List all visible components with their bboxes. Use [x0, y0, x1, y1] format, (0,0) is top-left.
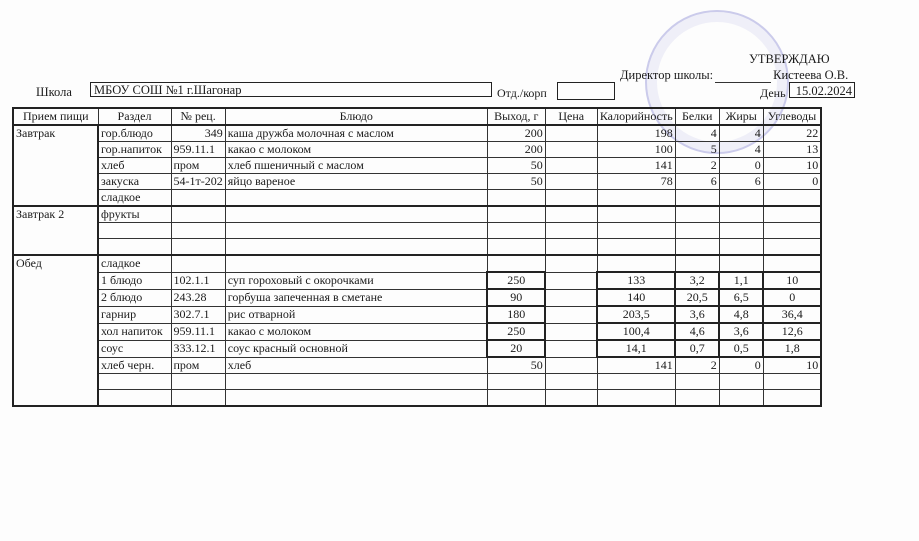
cell-fat: 3,6 — [719, 323, 763, 340]
table-row: сладкое — [13, 190, 821, 207]
cell-carbs: 36,4 — [763, 306, 821, 323]
cell-fat: 1,1 — [719, 272, 763, 289]
cell-dish — [225, 239, 487, 256]
cell-carbs — [763, 206, 821, 223]
cell-fat — [719, 223, 763, 239]
table-row: закуска54-1т-202яйцо вареное5078660 — [13, 174, 821, 190]
column-header: Блюдо — [225, 108, 487, 125]
cell-dish: рис отварной — [225, 306, 487, 323]
cell-fat: 6,5 — [719, 289, 763, 306]
director-name: Кистеева О.В. — [773, 68, 848, 82]
cell-kcal — [597, 239, 675, 256]
cell-recipe: 333.12.1 — [171, 340, 225, 357]
cell-carbs: 10 — [763, 357, 821, 374]
cell-fat: 0 — [719, 158, 763, 174]
cell-weight: 250 — [487, 323, 545, 340]
dept-label: Отд./корп — [497, 86, 547, 101]
cell-dish: суп гороховый с окорочками — [225, 272, 487, 289]
cell-dish: какао с молоком — [225, 323, 487, 340]
table-row: Обедсладкое — [13, 255, 821, 272]
cell-fat: 4 — [719, 142, 763, 158]
date-field: 15.02.2024 — [789, 82, 855, 98]
cell-carbs: 10 — [763, 158, 821, 174]
cell-weight — [487, 223, 545, 239]
table-row: хлеб черн.промхлеб501412010 — [13, 357, 821, 374]
cell-price — [545, 306, 597, 323]
cell-carbs — [763, 239, 821, 256]
cell-recipe — [171, 190, 225, 207]
cell-price — [545, 374, 597, 390]
cell-dish: хлеб — [225, 357, 487, 374]
cell-weight: 50 — [487, 357, 545, 374]
cell-recipe: пром — [171, 158, 225, 174]
cell-price — [545, 272, 597, 289]
cell-kcal: 141 — [597, 357, 675, 374]
cell-protein — [675, 206, 719, 223]
cell-weight: 180 — [487, 306, 545, 323]
director-label: Директор школы: — [620, 68, 713, 82]
cell-weight: 20 — [487, 340, 545, 357]
cell-recipe: 54-1т-202 — [171, 174, 225, 190]
cell-section — [98, 239, 171, 256]
cell-protein: 5 — [675, 142, 719, 158]
cell-dish: соус красный основной — [225, 340, 487, 357]
cell-section: гарнир — [98, 306, 171, 323]
column-header: Калорийность — [597, 108, 675, 125]
cell-kcal: 140 — [597, 289, 675, 306]
cell-recipe — [171, 239, 225, 256]
school-name-field: МБОУ СОШ №1 г.Шагонар — [90, 82, 492, 97]
dept-field — [557, 82, 615, 100]
table-header-row: Прием пищи Раздел № рец. Блюдо Выход, г … — [13, 108, 821, 125]
day-label: День — [760, 86, 786, 101]
cell-kcal — [597, 390, 675, 407]
cell-dish: какао с молоком — [225, 142, 487, 158]
cell-dish — [225, 374, 487, 390]
cell-weight: 50 — [487, 158, 545, 174]
cell-kcal — [597, 223, 675, 239]
column-header: Жиры — [719, 108, 763, 125]
table-row — [13, 374, 821, 390]
cell-price — [545, 223, 597, 239]
cell-fat — [719, 390, 763, 407]
meal-name: Обед — [13, 255, 98, 406]
table-row: гарнир302.7.1рис отварной180203,53,64,83… — [13, 306, 821, 323]
table-row: Завтрак 2фрукты — [13, 206, 821, 223]
cell-fat — [719, 255, 763, 272]
meal-name: Завтрак 2 — [13, 206, 98, 255]
cell-protein: 4,6 — [675, 323, 719, 340]
cell-kcal: 198 — [597, 125, 675, 142]
cell-kcal: 141 — [597, 158, 675, 174]
table-row: хол напиток959.11.1какао с молоком250100… — [13, 323, 821, 340]
meal-name: Завтрак — [13, 125, 98, 206]
cell-fat: 0 — [719, 357, 763, 374]
cell-dish: каша дружба молочная с маслом — [225, 125, 487, 142]
cell-fat: 4 — [719, 125, 763, 142]
cell-price — [545, 289, 597, 306]
cell-protein — [675, 374, 719, 390]
column-header: Прием пищи — [13, 108, 98, 125]
cell-price — [545, 323, 597, 340]
cell-weight: 250 — [487, 272, 545, 289]
cell-fat — [719, 190, 763, 207]
table-row — [13, 390, 821, 407]
cell-section: закуска — [98, 174, 171, 190]
cell-recipe: 959.11.1 — [171, 323, 225, 340]
cell-recipe — [171, 390, 225, 407]
cell-weight: 50 — [487, 174, 545, 190]
cell-section: 1 блюдо — [98, 272, 171, 289]
cell-price — [545, 357, 597, 374]
cell-section: сладкое — [98, 190, 171, 207]
cell-price — [545, 125, 597, 142]
cell-protein: 4 — [675, 125, 719, 142]
cell-dish — [225, 390, 487, 407]
cell-section — [98, 390, 171, 407]
cell-recipe: 102.1.1 — [171, 272, 225, 289]
cell-section — [98, 374, 171, 390]
cell-section: 2 блюдо — [98, 289, 171, 306]
cell-weight — [487, 190, 545, 207]
column-header: № рец. — [171, 108, 225, 125]
cell-price — [545, 190, 597, 207]
cell-carbs — [763, 223, 821, 239]
cell-fat: 4,8 — [719, 306, 763, 323]
director-line: Директор школы:Кистеева О.В. — [620, 68, 848, 83]
cell-price — [545, 239, 597, 256]
school-label: Школа — [36, 85, 72, 100]
cell-protein — [675, 255, 719, 272]
cell-kcal — [597, 190, 675, 207]
cell-kcal — [597, 374, 675, 390]
cell-recipe: 243.28 — [171, 289, 225, 306]
table-row — [13, 223, 821, 239]
column-header: Раздел — [98, 108, 171, 125]
cell-carbs: 22 — [763, 125, 821, 142]
cell-recipe: 959.11.1 — [171, 142, 225, 158]
cell-carbs: 0 — [763, 174, 821, 190]
cell-kcal: 100 — [597, 142, 675, 158]
cell-protein: 6 — [675, 174, 719, 190]
cell-recipe — [171, 374, 225, 390]
table-row: Завтракгор.блюдо349каша дружба молочная … — [13, 125, 821, 142]
cell-carbs: 12,6 — [763, 323, 821, 340]
cell-weight — [487, 390, 545, 407]
cell-weight — [487, 374, 545, 390]
column-header: Выход, г — [487, 108, 545, 125]
cell-carbs — [763, 374, 821, 390]
cell-section — [98, 223, 171, 239]
table-row: хлебпромхлеб пшеничный с маслом501412010 — [13, 158, 821, 174]
cell-carbs — [763, 190, 821, 207]
cell-section: гор.напиток — [98, 142, 171, 158]
cell-kcal — [597, 255, 675, 272]
cell-weight — [487, 239, 545, 256]
table-row — [13, 239, 821, 256]
cell-carbs — [763, 390, 821, 407]
cell-weight: 200 — [487, 125, 545, 142]
approve-label: УТВЕРЖДАЮ — [749, 52, 830, 67]
cell-section: фрукты — [98, 206, 171, 223]
cell-price — [545, 206, 597, 223]
cell-section: сладкое — [98, 255, 171, 272]
cell-fat — [719, 239, 763, 256]
cell-fat: 6 — [719, 174, 763, 190]
cell-protein — [675, 223, 719, 239]
menu-body: Завтракгор.блюдо349каша дружба молочная … — [13, 125, 821, 406]
cell-section: гор.блюдо — [98, 125, 171, 142]
cell-fat — [719, 374, 763, 390]
column-header: Углеводы — [763, 108, 821, 125]
cell-price — [545, 390, 597, 407]
cell-section: хлеб — [98, 158, 171, 174]
cell-weight: 200 — [487, 142, 545, 158]
cell-dish — [225, 223, 487, 239]
cell-dish — [225, 255, 487, 272]
signature-line — [715, 70, 771, 83]
cell-carbs — [763, 255, 821, 272]
cell-dish — [225, 206, 487, 223]
cell-section: хлеб черн. — [98, 357, 171, 374]
cell-protein: 2 — [675, 357, 719, 374]
table-row: гор.напиток959.11.1какао с молоком200100… — [13, 142, 821, 158]
cell-fat: 0,5 — [719, 340, 763, 357]
cell-protein — [675, 390, 719, 407]
cell-carbs: 10 — [763, 272, 821, 289]
cell-kcal: 14,1 — [597, 340, 675, 357]
cell-price — [545, 174, 597, 190]
cell-weight — [487, 206, 545, 223]
cell-recipe — [171, 255, 225, 272]
cell-weight — [487, 255, 545, 272]
cell-carbs: 13 — [763, 142, 821, 158]
cell-dish: яйцо вареное — [225, 174, 487, 190]
cell-kcal: 133 — [597, 272, 675, 289]
table-row: 2 блюдо243.28горбуша запеченная в сметан… — [13, 289, 821, 306]
cell-recipe — [171, 206, 225, 223]
cell-kcal: 203,5 — [597, 306, 675, 323]
cell-recipe — [171, 223, 225, 239]
cell-recipe: 349 — [171, 125, 225, 142]
table-row: 1 блюдо102.1.1суп гороховый с окорочками… — [13, 272, 821, 289]
cell-price — [545, 142, 597, 158]
cell-protein: 0,7 — [675, 340, 719, 357]
cell-price — [545, 340, 597, 357]
cell-protein: 3,2 — [675, 272, 719, 289]
column-header: Цена — [545, 108, 597, 125]
cell-protein: 2 — [675, 158, 719, 174]
cell-dish — [225, 190, 487, 207]
cell-fat — [719, 206, 763, 223]
menu-table: Прием пищи Раздел № рец. Блюдо Выход, г … — [12, 107, 822, 407]
cell-protein — [675, 239, 719, 256]
cell-kcal: 100,4 — [597, 323, 675, 340]
cell-dish: хлеб пшеничный с маслом — [225, 158, 487, 174]
cell-protein: 20,5 — [675, 289, 719, 306]
cell-section: соус — [98, 340, 171, 357]
cell-price — [545, 255, 597, 272]
cell-protein: 3,6 — [675, 306, 719, 323]
table-row: соус333.12.1соус красный основной2014,10… — [13, 340, 821, 357]
cell-recipe: пром — [171, 357, 225, 374]
cell-price — [545, 158, 597, 174]
cell-recipe: 302.7.1 — [171, 306, 225, 323]
cell-kcal — [597, 206, 675, 223]
column-header: Белки — [675, 108, 719, 125]
cell-protein — [675, 190, 719, 207]
cell-carbs: 1,8 — [763, 340, 821, 357]
cell-kcal: 78 — [597, 174, 675, 190]
cell-dish: горбуша запеченная в сметане — [225, 289, 487, 306]
cell-section: хол напиток — [98, 323, 171, 340]
cell-weight: 90 — [487, 289, 545, 306]
cell-carbs: 0 — [763, 289, 821, 306]
